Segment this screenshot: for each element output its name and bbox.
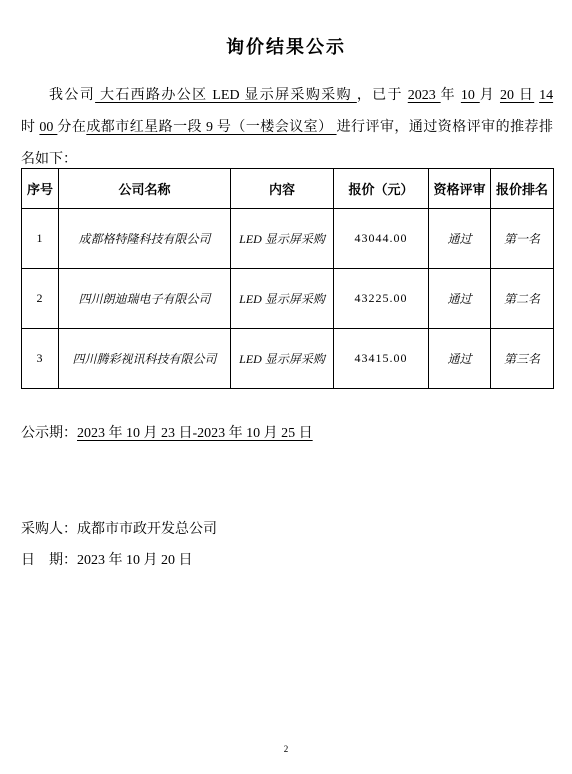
purchaser-label: 采购人： bbox=[21, 522, 77, 537]
text-segment: 进行评审，通过资格评审的推荐排 bbox=[337, 120, 553, 135]
header-price: 报价（元） bbox=[334, 169, 429, 209]
text-segment: ，已于 bbox=[357, 88, 408, 103]
text-segment: 名如下： bbox=[21, 152, 77, 167]
intro-paragraph: 我公司 大石西路办公区 LED 显示屏采购采购 ，已于 2023 年 10 月 … bbox=[21, 80, 553, 176]
text-segment: 分在 bbox=[57, 120, 86, 135]
results-table: 序号 公司名称 内容 报价（元） 资格评审 报价排名 1 成都格特隆科技有限公司… bbox=[21, 168, 554, 389]
cell-rank: 第三名 bbox=[491, 329, 554, 389]
cell-content: LED 显示屏采购 bbox=[231, 269, 334, 329]
header-rank: 报价排名 bbox=[491, 169, 554, 209]
cell-content: LED 显示屏采购 bbox=[231, 329, 334, 389]
table-row: 1 成都格特隆科技有限公司 LED 显示屏采购 43044.00 通过 第一名 bbox=[22, 209, 554, 269]
text-segment: 年 bbox=[441, 88, 461, 103]
publicity-period-label: 公示期： bbox=[21, 426, 77, 441]
purchaser-line: 采购人：成都市市政开发总公司 bbox=[21, 520, 217, 540]
underlined-blank-project: 大石西路办公区 LED 显示屏采购采购 bbox=[95, 88, 357, 103]
purchaser-value: 成都市市政开发总公司 bbox=[77, 522, 217, 537]
header-seq: 序号 bbox=[22, 169, 59, 209]
cell-price: 43044.00 bbox=[334, 209, 429, 269]
text-segment: 时 bbox=[21, 120, 39, 135]
cell-seq: 1 bbox=[22, 209, 59, 269]
cell-content: LED 显示屏采购 bbox=[231, 209, 334, 269]
header-review: 资格评审 bbox=[429, 169, 491, 209]
cell-review: 通过 bbox=[429, 269, 491, 329]
intro-line-2: 时 00 分在成都市红星路一段 9 号（一楼会议室） 进行评审，通过资格评审的推… bbox=[21, 112, 553, 144]
cell-rank: 第一名 bbox=[491, 209, 554, 269]
text-segment: 我公司 bbox=[49, 88, 95, 103]
publicity-period-value: 2023 年 10 月 23 日-2023 年 10 月 25 日 bbox=[77, 426, 313, 441]
table-row: 3 四川腾彩视讯科技有限公司 LED 显示屏采购 43415.00 通过 第三名 bbox=[22, 329, 554, 389]
cell-review: 通过 bbox=[429, 209, 491, 269]
underlined-blank-month: 10 bbox=[461, 88, 480, 103]
date-line: 日 期：2023 年 10 月 20 日 bbox=[21, 551, 193, 571]
cell-price: 43415.00 bbox=[334, 329, 429, 389]
underlined-blank-day: 20 日 bbox=[500, 88, 534, 103]
header-content: 内容 bbox=[231, 169, 334, 209]
cell-review: 通过 bbox=[429, 329, 491, 389]
cell-price: 43225.00 bbox=[334, 269, 429, 329]
date-value: 2023 年 10 月 20 日 bbox=[77, 553, 193, 568]
underlined-blank-hour: 14 bbox=[539, 88, 553, 103]
cell-seq: 3 bbox=[22, 329, 59, 389]
document-page: 询价结果公示 我公司 大石西路办公区 LED 显示屏采购采购 ，已于 2023 … bbox=[0, 0, 572, 774]
cell-company: 成都格特隆科技有限公司 bbox=[59, 209, 231, 269]
text-segment: 月 bbox=[480, 88, 500, 103]
underlined-blank-minute: 00 bbox=[39, 120, 57, 135]
cell-company: 四川朗迪瑞电子有限公司 bbox=[59, 269, 231, 329]
date-label: 日 期： bbox=[21, 553, 77, 568]
publicity-period-line: 公示期：2023 年 10 月 23 日-2023 年 10 月 25 日 bbox=[21, 424, 313, 444]
cell-company: 四川腾彩视讯科技有限公司 bbox=[59, 329, 231, 389]
header-company: 公司名称 bbox=[59, 169, 231, 209]
page-number: 2 bbox=[0, 744, 572, 754]
underlined-blank-address: 成都市红星路一段 9 号（一楼会议室） bbox=[86, 120, 336, 135]
cell-seq: 2 bbox=[22, 269, 59, 329]
table-header-row: 序号 公司名称 内容 报价（元） 资格评审 报价排名 bbox=[22, 169, 554, 209]
intro-line-1: 我公司 大石西路办公区 LED 显示屏采购采购 ，已于 2023 年 10 月 … bbox=[21, 80, 553, 112]
cell-rank: 第二名 bbox=[491, 269, 554, 329]
page-title: 询价结果公示 bbox=[0, 33, 572, 59]
table-row: 2 四川朗迪瑞电子有限公司 LED 显示屏采购 43225.00 通过 第二名 bbox=[22, 269, 554, 329]
underlined-blank-year: 2023 bbox=[408, 88, 441, 103]
